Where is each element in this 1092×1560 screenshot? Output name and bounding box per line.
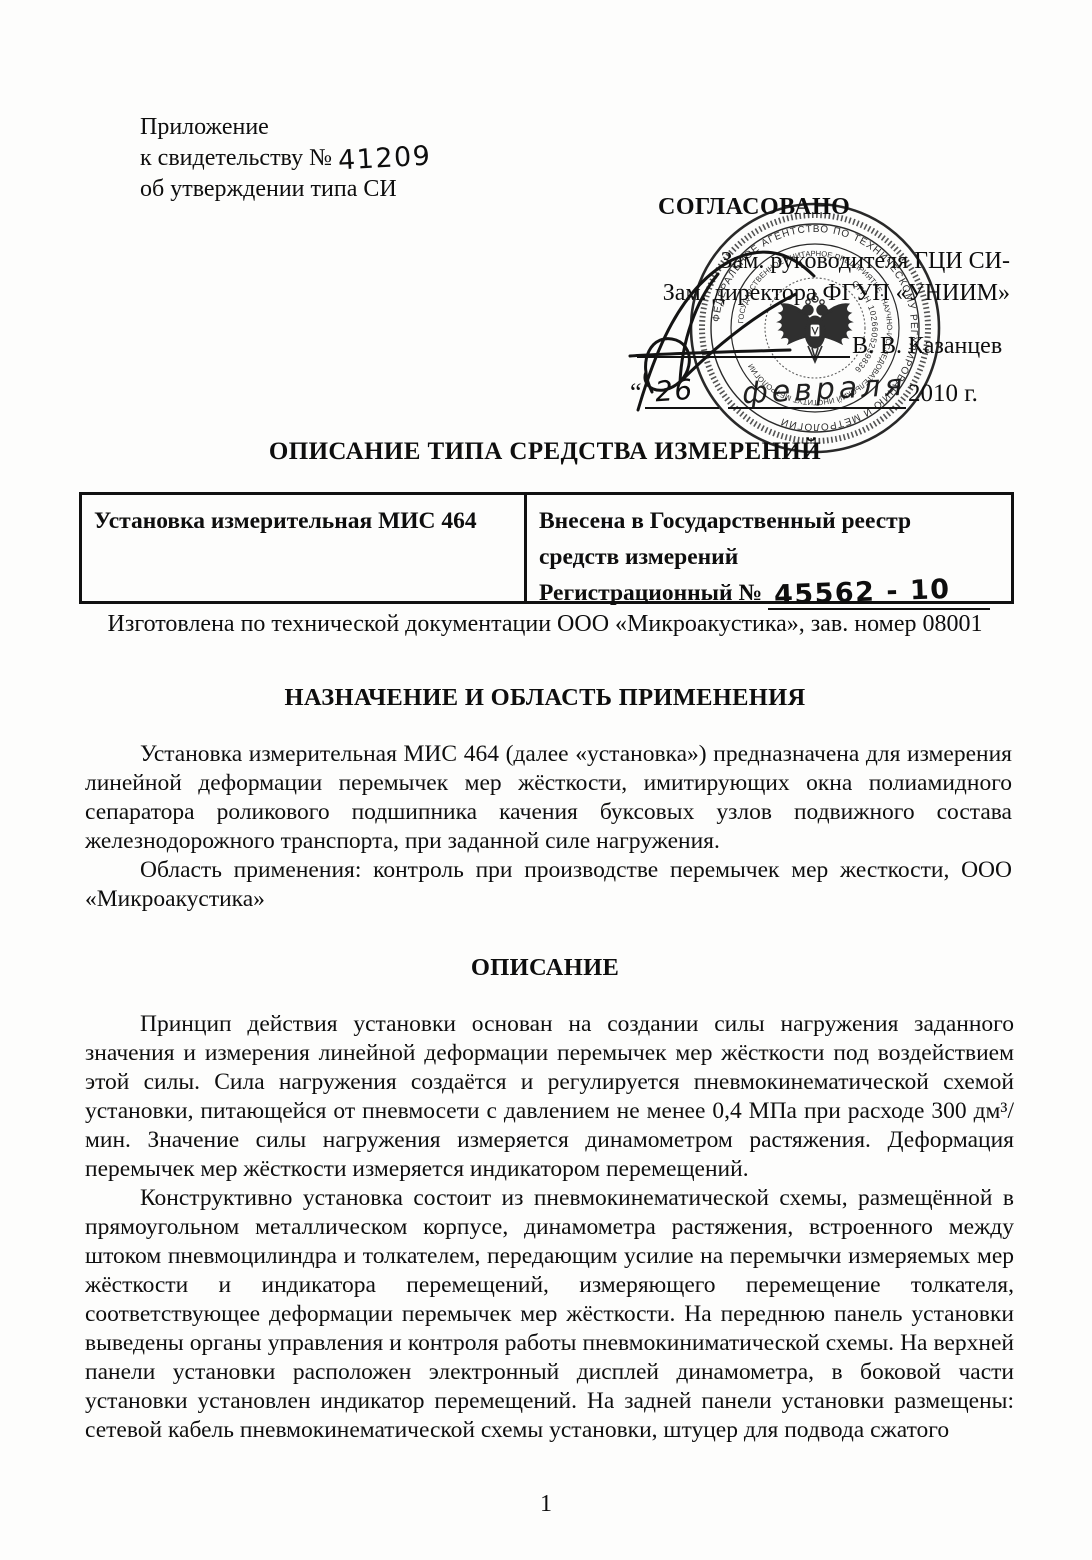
description-section-heading: ОПИСАНИЕ bbox=[80, 954, 1010, 982]
registry-number-underline: 45562 - 10 bbox=[768, 578, 990, 610]
registry-number-handwritten: 45562 - 10 bbox=[773, 575, 950, 611]
annex-line1: Приложение bbox=[140, 112, 431, 143]
approval-status-label: СОГЛАСОВАНО bbox=[658, 194, 850, 221]
annex-line2: к свидетельству № 41209 bbox=[140, 143, 431, 174]
description-paragraph-2: Конструктивно установка состоит из пневм… bbox=[85, 1184, 1014, 1445]
document-title: ОПИСАНИЕ ТИПА СРЕДСТВА ИЗМЕРЕНИЙ bbox=[80, 438, 1010, 466]
purpose-section-heading: НАЗНАЧЕНИЕ И ОБЛАСТЬ ПРИМЕНЕНИЯ bbox=[80, 684, 1010, 712]
annex-reference-block: Приложение к свидетельству № 41209 об ут… bbox=[140, 112, 431, 205]
annex-line2-prefix: к свидетельству № bbox=[140, 145, 338, 171]
type-registry-table: Установка измерительная МИС 464 Внесена … bbox=[79, 492, 1014, 604]
registry-line1: Внесена в Государственный реестр bbox=[539, 503, 996, 539]
manufactured-note: Изготовлена по технической документации … bbox=[80, 611, 1010, 638]
purpose-paragraph-1: Установка измерительная МИС 464 (далее «… bbox=[85, 740, 1012, 856]
certificate-number-handwritten: 41209 bbox=[337, 141, 432, 177]
description-paragraph-1: Принцип действия установки основан на со… bbox=[85, 1010, 1014, 1184]
instrument-name-cell: Установка измерительная МИС 464 bbox=[82, 495, 527, 601]
purpose-section-body: Установка измерительная МИС 464 (далее «… bbox=[85, 740, 1012, 914]
purpose-paragraph-2: Область применения: контроль при произво… bbox=[85, 856, 1012, 914]
document-page: Приложение к свидетельству № 41209 об ут… bbox=[0, 0, 1092, 1560]
page-number: 1 bbox=[0, 1491, 1092, 1518]
registry-number-label: Регистрационный № bbox=[539, 580, 768, 606]
annex-line3: об утверждении типа СИ bbox=[140, 174, 431, 205]
registry-cell: Внесена в Государственный реестр средств… bbox=[527, 495, 1008, 601]
registry-line3: Регистрационный № 45562 - 10 bbox=[539, 575, 996, 611]
description-section-body: Принцип действия установки основан на со… bbox=[85, 1010, 1014, 1445]
registry-line2: средств измерений bbox=[539, 539, 996, 575]
handwritten-signature bbox=[600, 232, 920, 432]
